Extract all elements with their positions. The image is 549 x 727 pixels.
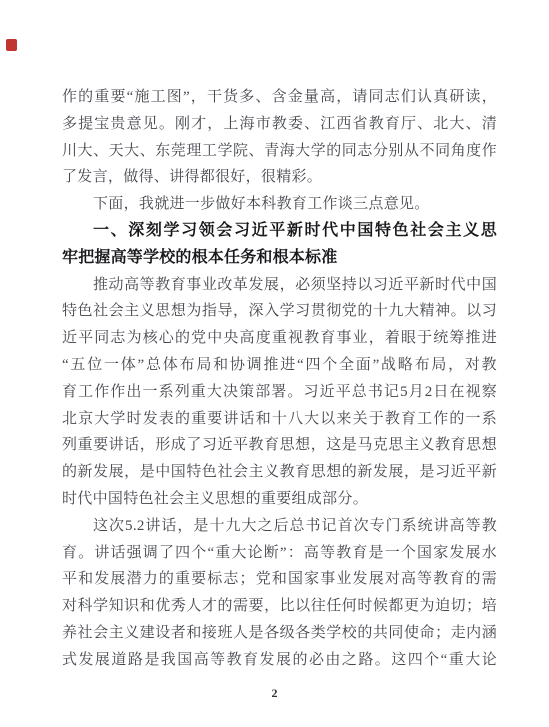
text-line: 列重要讲话，形成了习近平教育思想，这是马克思主义教育思想 <box>62 432 497 459</box>
red-stamp-mark <box>6 39 17 51</box>
page-number: 2 <box>0 686 549 701</box>
text-line: 式发展道路是我国高等教育发展的必由之路。这四个“重大论 <box>62 647 497 674</box>
text-line: 时代中国特色社会主义思想的重要组成部分。 <box>62 486 497 513</box>
text-line: 作的重要“施工图”，干货多、含金量高，请同志们认真研读， <box>62 84 497 111</box>
text-line: 川大、天大、东莞理工学院、青海大学的同志分别从不同角度作 <box>62 138 497 165</box>
text-line: 北京大学时发表的重要讲话和十八大以来关于教育工作的一系 <box>62 406 497 433</box>
text-line: 这次5.2讲话，是十九大之后总书记首次专门系统讲高等教 <box>62 513 497 540</box>
text-line: 平和发展潜力的重要标志；党和国家事业发展对高等教育的需要， <box>62 566 497 593</box>
text-line: 推动高等教育事业改革发展，必须坚持以习近平新时代中国 <box>62 272 497 299</box>
text-line: “五位一体”总体布局和协调推进“四个全面”战略布局，对教 <box>62 352 497 379</box>
text-line: 特色社会主义思想为指导，深入学习贯彻党的十九大精神。以习 <box>62 298 497 325</box>
text-line: 一、深刻学习领会习近平新时代中国特色社会主义思想，牢 <box>62 218 497 245</box>
text-line: 的新发展，是中国特色社会主义教育思想的新发展，是习近平新 <box>62 459 497 486</box>
text-line: 下面，我就进一步做好本科教育工作谈三点意见。 <box>62 191 497 218</box>
text-line: 牢把握高等学校的根本任务和根本标准 <box>62 245 497 272</box>
document-page: 作的重要“施工图”，干货多、含金量高，请同志们认真研读，多提宝贵意见。刚才，上海… <box>0 0 549 727</box>
text-line: 养社会主义建设者和接班人是各级各类学校的共同使命；走内涵 <box>62 620 497 647</box>
text-line: 育工作作出一系列重大决策部署。习近平总书记5月2日在视察 <box>62 379 497 406</box>
text-line: 多提宝贵意见。刚才，上海市教委、江西省教育厅、北大、清华、 <box>62 111 497 138</box>
text-line: 育。讲话强调了四个“重大论断”：高等教育是一个国家发展水 <box>62 540 497 567</box>
text-line: 了发言，做得、讲得都很好，很精彩。 <box>62 164 497 191</box>
document-body: 作的重要“施工图”，干货多、含金量高，请同志们认真研读，多提宝贵意见。刚才，上海… <box>62 84 497 674</box>
text-line: 近平同志为核心的党中央高度重视教育事业，着眼于统筹推进 <box>62 325 497 352</box>
text-line: 对科学知识和优秀人才的需要，比以往任何时候都更为迫切；培 <box>62 593 497 620</box>
